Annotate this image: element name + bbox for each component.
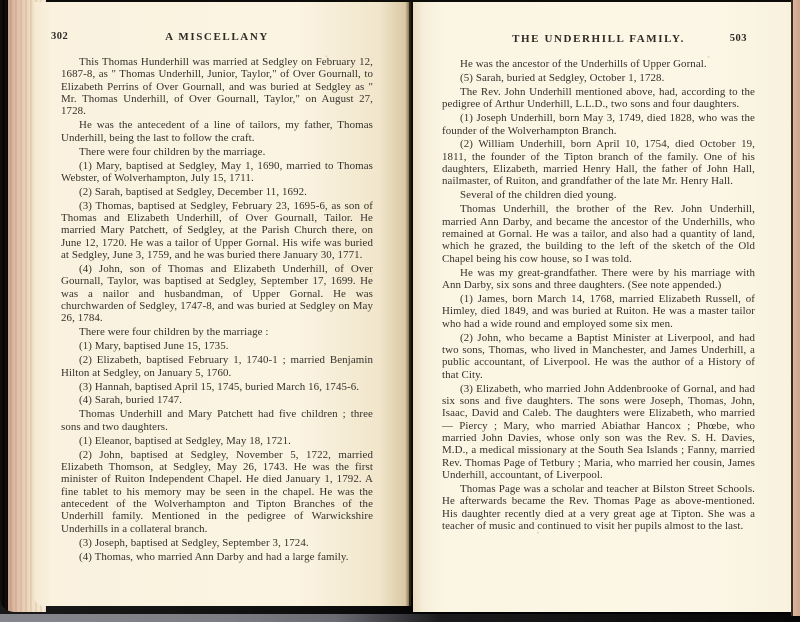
- paragraph: Several of the children died young.: [442, 189, 755, 201]
- paragraph: (1) Eleanor, baptised at Sedgley, May 18…: [61, 435, 373, 447]
- paragraph: (2) Elizabeth, baptised February 1, 1740…: [61, 354, 373, 379]
- right-page-paragraphs: He was the ancestor of the Underhills of…: [442, 58, 755, 532]
- paragraph: Thomas Page was a scholar and teacher at…: [442, 483, 755, 532]
- left-page-text: 302 A MISCELLANY This Thomas Hunderhill …: [61, 31, 373, 565]
- paragraph: There were four children by the marriage…: [61, 146, 373, 158]
- paragraph: (4) Thomas, who married Ann Darby and ha…: [61, 551, 373, 563]
- left-page: 302 A MISCELLANY This Thomas Hunderhill …: [34, 2, 411, 606]
- paragraph: Thomas Underhill and Mary Patchett had f…: [61, 408, 373, 433]
- right-page-text: THE UNDERHILL FAMILY. 503 He was the anc…: [442, 33, 755, 534]
- paragraph: (4) Sarah, buried 1747.: [61, 394, 373, 406]
- paragraph: (3) Joseph, baptised at Sedgley, Septemb…: [61, 537, 373, 549]
- paragraph: This Thomas Hunderhill was married at Se…: [61, 56, 373, 118]
- paragraph: (1) Mary, baptised June 15, 1735.: [61, 340, 373, 352]
- paragraph: (1) Joseph Underhill, born May 3, 1749, …: [442, 112, 755, 137]
- left-page-header: A MISCELLANY: [61, 31, 373, 43]
- paragraph: (2) John, baptised at Sedgley, November …: [61, 449, 373, 535]
- book-fore-edge-right: [791, 0, 800, 616]
- paragraph: (5) Sarah, buried at Sedgley, October 1,…: [442, 72, 755, 84]
- paragraph: (2) Sarah, baptised at Sedgley, December…: [61, 186, 373, 198]
- paragraph: (4) John, son of Thomas and Elizabeth Un…: [61, 263, 373, 325]
- paragraph: He was the antecedent of a line of tailo…: [61, 119, 373, 144]
- right-page-number: 503: [730, 33, 747, 45]
- paragraph: (1) James, born March 14, 1768, married …: [442, 293, 755, 330]
- scanned-book-spread: 302 A MISCELLANY This Thomas Hunderhill …: [0, 0, 800, 622]
- paragraph: He was my great-grandfather. There were …: [442, 267, 755, 292]
- paragraph: The Rev. John Underhill mentioned above,…: [442, 86, 755, 111]
- right-running-head: THE UNDERHILL FAMILY. 503: [442, 33, 755, 47]
- paragraph: (3) Elizabeth, who married John Addenbro…: [442, 383, 755, 482]
- paragraph: He was the ancestor of the Underhills of…: [442, 58, 755, 70]
- paragraph: (3) Thomas, baptised at Sedgley, Februar…: [61, 200, 373, 262]
- paragraph: (2) John, who became a Baptist Minister …: [442, 332, 755, 381]
- paragraph: (1) Mary, baptised at Sedgley, May 1, 16…: [61, 160, 373, 185]
- left-running-head: 302 A MISCELLANY: [61, 31, 373, 45]
- paragraph: (3) Hannah, baptised April 15, 1745, bur…: [61, 381, 373, 393]
- paragraph: (2) William Underhill, born April 10, 17…: [442, 138, 755, 187]
- right-page: THE UNDERHILL FAMILY. 503 He was the anc…: [413, 2, 792, 612]
- left-page-paragraphs: This Thomas Hunderhill was married at Se…: [61, 56, 373, 563]
- right-page-header: THE UNDERHILL FAMILY.: [442, 33, 755, 45]
- paragraph: There were four children by the marriage…: [61, 326, 373, 338]
- paragraph: Thomas Underhill, the brother of the Rev…: [442, 203, 755, 265]
